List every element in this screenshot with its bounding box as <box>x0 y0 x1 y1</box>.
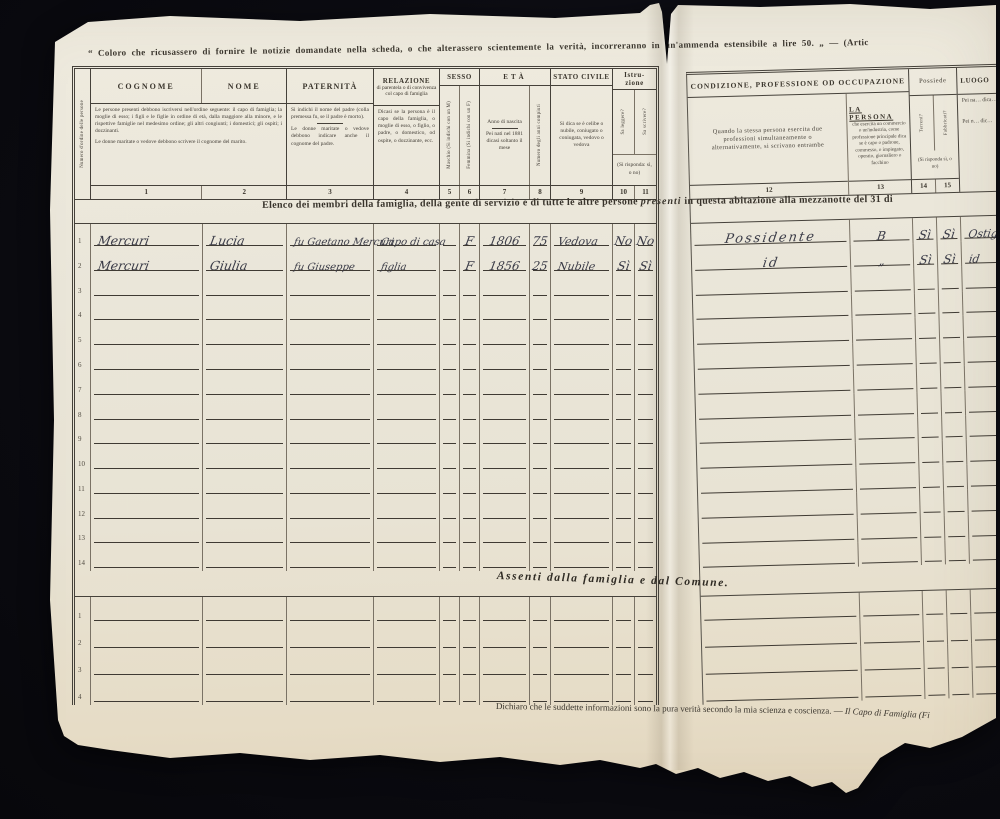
cell-relazione <box>374 274 440 299</box>
cell-fabbricati <box>938 267 963 292</box>
ruled-line <box>918 288 935 289</box>
cell-scrive <box>635 522 656 547</box>
ruled-line <box>290 394 370 395</box>
assenti-grid-left: 1234 <box>75 596 656 705</box>
luogo-title: LUOGO <box>960 76 989 85</box>
ruled-line <box>638 468 653 469</box>
cell-luogo <box>963 290 1000 316</box>
cell-fabbricati <box>944 490 969 515</box>
ruled-line <box>377 701 436 702</box>
cell-fabbricati <box>948 644 973 672</box>
row-number: 14 <box>78 559 85 567</box>
cell-relazione <box>374 597 440 624</box>
ruled-line <box>94 647 199 648</box>
cell-persona <box>856 441 920 467</box>
ruled-line <box>616 468 631 469</box>
ruled-line <box>950 613 967 614</box>
ruled-line <box>443 493 456 494</box>
ruled-line <box>638 394 653 395</box>
cell-scrive <box>635 497 656 522</box>
ruled-line <box>206 369 283 370</box>
ruled-line <box>944 362 961 363</box>
cell-persona <box>852 293 916 319</box>
ruled-line <box>443 419 456 420</box>
ruled-line <box>463 419 476 420</box>
handwritten-persona: B <box>849 228 913 244</box>
cell-legge <box>613 323 635 348</box>
ruled-line <box>554 369 609 370</box>
ruled-line <box>290 647 370 648</box>
ruled-line <box>952 667 969 668</box>
cell-persona <box>851 268 915 294</box>
ruled-line <box>554 567 609 568</box>
table-header-right: CONDIZIONE, PROFESSIONE OD OCCUPAZIONE Q… <box>687 67 1000 200</box>
table-row: 2 <box>75 624 656 651</box>
eta-title: ETÀ <box>503 73 526 81</box>
ruled-line <box>463 518 476 519</box>
handwritten-anni: 75 <box>529 234 551 248</box>
header-sesso: SESSO Maschio (Si indichi con un M) Femm… <box>440 69 480 199</box>
cell-terreni <box>918 416 943 441</box>
cell-paternita <box>287 651 374 678</box>
cell-sesso_f <box>460 274 480 299</box>
ruled-line <box>970 460 1000 462</box>
luogo-note2: Pei n… dic… <box>962 118 995 126</box>
cell-legge <box>613 522 635 547</box>
ruled-line <box>970 435 1000 437</box>
cell-paternita <box>287 678 374 705</box>
ruled-line <box>533 394 547 395</box>
handwritten-sesso_f: F <box>459 234 480 248</box>
ruled-line <box>377 369 436 370</box>
cell-sesso_m <box>440 678 460 705</box>
ruled-line <box>952 694 969 695</box>
ruled-line <box>443 319 456 320</box>
row-number: 6 <box>78 361 82 369</box>
cell-num: 2 <box>75 624 91 651</box>
ruled-line <box>463 295 476 296</box>
ruled-line <box>463 394 476 395</box>
cell-stato <box>551 597 613 624</box>
cell-terreni <box>925 671 950 699</box>
ruled-line <box>920 387 937 388</box>
cell-luogo: Ostig <box>961 216 1000 242</box>
colnum-2: 2 <box>202 186 286 199</box>
ruled-line <box>206 419 283 420</box>
ruled-line <box>206 493 283 494</box>
cell-anno <box>480 323 530 348</box>
cell-sesso_m <box>440 546 460 571</box>
ruled-line <box>463 344 476 345</box>
ruled-line <box>443 701 456 702</box>
cell-paternita <box>287 522 374 547</box>
ruled-line <box>443 647 456 648</box>
cell-sesso_m <box>440 447 460 472</box>
cell-legge <box>613 497 635 522</box>
ruled-line <box>483 443 526 444</box>
cell-anni <box>530 597 551 624</box>
ruled-line <box>949 560 966 561</box>
cell-legge <box>613 624 635 651</box>
cell-paternita <box>287 546 374 571</box>
header-numero: Numero d'ordine delle persone <box>75 69 91 199</box>
cell-cognome <box>91 678 203 705</box>
cell-professione <box>699 542 859 571</box>
nome-title: NOME <box>228 82 261 91</box>
cell-relazione <box>374 472 440 497</box>
cell-legge <box>613 678 635 705</box>
cell-num: 11 <box>75 472 91 497</box>
cell-sesso_m <box>440 323 460 348</box>
cell-scrive <box>635 373 656 398</box>
cell-luogo <box>969 513 1000 539</box>
handwritten-cognome: Mercuri <box>90 233 204 248</box>
cell-luogo <box>971 589 1000 617</box>
cell-nome <box>203 447 287 472</box>
row-number: 11 <box>78 485 85 493</box>
table-row: 13 <box>75 522 656 547</box>
ruled-line <box>443 394 456 395</box>
ruled-line <box>443 674 456 675</box>
luogo-note1: Pei na… dica… <box>962 97 995 105</box>
cell-luogo <box>971 616 1000 644</box>
handwritten-legge: No <box>612 234 635 248</box>
colnum-1: 1 <box>91 186 202 199</box>
paternita-note2: Le donne maritate o vedove debbono indic… <box>291 126 369 147</box>
ruled-line <box>206 647 283 648</box>
cell-anni <box>530 546 551 571</box>
cell-terreni <box>919 441 944 466</box>
ruled-line <box>290 295 370 296</box>
cell-persona <box>860 618 924 647</box>
cell-scrive <box>635 348 656 373</box>
table-row: 6 <box>75 348 656 373</box>
ruled-line <box>920 363 937 364</box>
cell-anni <box>530 447 551 472</box>
row-number: 12 <box>78 510 85 518</box>
ruled-line <box>483 468 526 469</box>
cell-cognome <box>91 348 203 373</box>
handwritten-anno: 1806 <box>479 234 530 248</box>
cell-nome <box>203 398 287 423</box>
ruled-line <box>290 674 370 675</box>
ruled-line <box>616 369 631 370</box>
cell-fabbricati <box>945 539 970 564</box>
cell-sesso_m <box>440 373 460 398</box>
ruled-line <box>948 511 965 512</box>
ruled-line <box>483 419 526 420</box>
cell-cognome <box>91 546 203 571</box>
ruled-line <box>706 697 858 702</box>
ruled-line <box>946 436 963 437</box>
ruled-line <box>533 443 547 444</box>
ruled-line <box>94 468 199 469</box>
handwritten-scrive: No <box>634 234 657 248</box>
relazione-sub: di parentela o di convivenza col capo di… <box>376 85 437 98</box>
ruled-line <box>94 394 199 395</box>
cell-anni <box>530 522 551 547</box>
ruled-line <box>554 493 609 494</box>
ruled-line <box>973 559 1000 561</box>
sa-leggere-label: Sa leggere? <box>621 109 626 135</box>
ruled-line <box>290 542 370 543</box>
cell-paternita: fu Giuseppe <box>287 249 374 274</box>
ruled-line <box>290 344 370 345</box>
cell-sesso_m <box>440 651 460 678</box>
cell-anno <box>480 546 530 571</box>
cell-cognome <box>91 522 203 547</box>
ruled-line <box>483 394 526 395</box>
ruled-line <box>533 620 547 621</box>
header-relazione: RELAZIONE di parentela o di convivenza c… <box>374 69 440 199</box>
cell-cognome: Mercuri <box>91 249 203 274</box>
ruled-line <box>290 419 370 420</box>
cell-stato <box>551 373 613 398</box>
table-row: 1MercuriLuciafu Gaetano MercuriCapo di c… <box>75 224 656 249</box>
paper-wrap: “ Coloro che ricusassero di fornire le n… <box>0 0 1000 819</box>
ruled-line <box>919 338 936 339</box>
cell-cognome <box>91 497 203 522</box>
cell-fabbricati <box>939 316 964 341</box>
cell-anni: 25 <box>530 249 551 274</box>
ruled-line <box>942 312 959 313</box>
cell-num: 5 <box>75 323 91 348</box>
ruled-line <box>918 313 935 314</box>
numero-label: Numero d'ordine delle persone <box>80 100 85 168</box>
cell-persona <box>856 466 920 492</box>
header-eta: ETÀ Anno di nascita Pei nati nel 1881 di… <box>480 69 551 199</box>
row-number: 1 <box>78 237 82 245</box>
cell-cognome <box>91 597 203 624</box>
cell-nome <box>203 323 287 348</box>
cell-stato <box>551 472 613 497</box>
terreni-label: Terreni? <box>919 114 925 132</box>
header-stato-civile: STATO CIVILE Si dica se è celibe o nubil… <box>551 69 613 199</box>
table-row: 12 <box>75 497 656 522</box>
ruled-line <box>968 386 1000 388</box>
cell-terreni <box>924 644 949 672</box>
cell-anni <box>530 497 551 522</box>
cell-relazione <box>374 651 440 678</box>
colnum-6: 6 <box>460 186 479 199</box>
cell-anno <box>480 299 530 324</box>
cell-scrive <box>635 651 656 678</box>
cell-num: 2 <box>75 249 91 274</box>
ruled-line <box>206 344 283 345</box>
ruled-line <box>443 542 456 543</box>
ruled-line <box>377 443 436 444</box>
cell-nome <box>203 299 287 324</box>
ruled-line <box>463 493 476 494</box>
cell-num: 7 <box>75 373 91 398</box>
possiede-title: Possiede <box>919 77 947 85</box>
ruled-line <box>206 443 283 444</box>
cell-terreni <box>915 292 940 317</box>
ruled-line <box>533 647 547 648</box>
cell-anno <box>480 398 530 423</box>
cell-luogo <box>966 414 1000 440</box>
row-number: 1 <box>78 612 82 620</box>
ruled-line <box>638 674 653 675</box>
ruled-line <box>483 620 526 621</box>
handwritten-fabbricati: Sì <box>936 227 961 242</box>
cell-persona <box>854 367 918 393</box>
handwritten-paternita: fu Giuseppe <box>286 262 374 273</box>
ruled-line <box>921 412 938 413</box>
cell-relazione <box>374 546 440 571</box>
ruled-line <box>94 344 199 345</box>
cell-luogo <box>967 464 1000 490</box>
cell-cognome <box>91 472 203 497</box>
ruled-line <box>463 567 476 568</box>
cell-relazione <box>374 323 440 348</box>
cell-sesso_f <box>460 423 480 448</box>
ruled-line <box>290 620 370 621</box>
ruled-line <box>290 369 370 370</box>
cell-sesso_f <box>460 398 480 423</box>
ruled-line <box>616 674 631 675</box>
cell-anni <box>530 423 551 448</box>
cell-paternita <box>287 423 374 448</box>
cell-stato: Vedova <box>551 224 613 249</box>
ruled-line <box>290 567 370 568</box>
ruled-line <box>94 542 199 543</box>
ruled-line <box>554 518 609 519</box>
ruled-line <box>554 468 609 469</box>
cell-anno <box>480 472 530 497</box>
cell-relazione <box>374 423 440 448</box>
cell-persona <box>858 516 922 542</box>
cell-relazione <box>374 299 440 324</box>
ruled-line <box>943 337 960 338</box>
ruled-line <box>865 695 921 697</box>
ruled-line <box>463 443 476 444</box>
cell-sesso_m <box>440 472 460 497</box>
cell-sesso_f: F <box>460 249 480 274</box>
cell-persona <box>854 392 918 418</box>
handwritten-cognome: Mercuri <box>90 258 204 273</box>
cell-stato <box>551 651 613 678</box>
cell-anni <box>530 348 551 373</box>
cell-paternita <box>287 398 374 423</box>
cell-sesso_f <box>460 678 480 705</box>
cell-terreni: Sì <box>914 243 939 268</box>
penalty-notice: “ Coloro che ricusassero di fornire le n… <box>88 35 1000 58</box>
ruled-line <box>483 542 526 543</box>
ruled-line <box>94 674 199 675</box>
ruled-line <box>206 674 283 675</box>
ruled-line <box>638 542 653 543</box>
cell-anno: 1856 <box>480 249 530 274</box>
cell-legge <box>613 597 635 624</box>
ruled-line <box>862 561 918 563</box>
cell-paternita <box>287 323 374 348</box>
handwritten-relazione: Capo di casa <box>373 237 440 248</box>
ruled-line <box>638 344 653 345</box>
cell-paternita <box>287 373 374 398</box>
cell-legge <box>613 373 635 398</box>
row-number: 4 <box>78 693 82 701</box>
cell-nome: Giulia <box>203 249 287 274</box>
cell-nome <box>203 472 287 497</box>
ruled-line <box>483 493 526 494</box>
cell-professione <box>701 620 861 651</box>
ruled-line <box>290 468 370 469</box>
ruled-line <box>206 620 283 621</box>
ruled-line <box>976 693 1000 695</box>
cell-nome <box>203 274 287 299</box>
cell-terreni <box>916 342 941 367</box>
assenti-grid-right <box>701 588 1000 705</box>
cell-anno <box>480 274 530 299</box>
cell-legge: No <box>613 224 635 249</box>
cell-num: 14 <box>75 546 91 571</box>
cell-sesso_m <box>440 249 460 274</box>
cell-terreni <box>921 515 946 540</box>
colnum-13: 13 <box>849 180 912 195</box>
ruled-line <box>533 567 547 568</box>
ruled-line <box>616 319 631 320</box>
ruled-line <box>94 419 199 420</box>
ruled-line <box>290 319 370 320</box>
ruled-line <box>638 567 653 568</box>
cell-anno <box>480 624 530 651</box>
cell-terreni <box>914 267 939 292</box>
ruled-line <box>616 443 631 444</box>
cell-sesso_f <box>460 651 480 678</box>
ruled-line <box>443 344 456 345</box>
sa-scrivere-label: Sa scrivere? <box>643 108 648 135</box>
cell-luogo <box>962 266 1000 292</box>
table-row: 7 <box>75 373 656 398</box>
row-number: 4 <box>78 311 82 319</box>
ruled-line <box>554 295 609 296</box>
table-row: 5 <box>75 323 656 348</box>
ruled-line <box>638 443 653 444</box>
cell-anni <box>530 472 551 497</box>
ruled-line <box>533 319 547 320</box>
cell-relazione <box>374 398 440 423</box>
cell-terreni <box>917 366 942 391</box>
cell-relazione <box>374 678 440 705</box>
cell-sesso_f <box>460 348 480 373</box>
cell-fabbricati <box>940 341 965 366</box>
cell-fabbricati <box>947 617 972 645</box>
cell-terreni <box>920 490 945 515</box>
row-number: 10 <box>78 460 85 468</box>
table-row: 3 <box>75 274 656 299</box>
ruled-line <box>443 295 456 296</box>
scanned-census-form: “ Coloro che ricusassero di fornire le n… <box>0 0 1000 819</box>
ruled-line <box>922 437 939 438</box>
handwritten-terreni: Sì <box>912 228 937 243</box>
cell-nome <box>203 522 287 547</box>
ruled-line <box>94 493 199 494</box>
cell-anno <box>480 423 530 448</box>
cell-fabbricati: Sì <box>938 242 963 267</box>
ruled-line <box>616 419 631 420</box>
ruled-line <box>206 542 283 543</box>
ruled-line <box>864 641 920 643</box>
cell-luogo <box>973 670 1000 698</box>
cell-num: 1 <box>75 224 91 249</box>
row-number: 5 <box>78 336 82 344</box>
ruled-line <box>483 674 526 675</box>
ruled-line <box>554 443 609 444</box>
row-number: 2 <box>78 639 82 647</box>
cell-anni <box>530 624 551 651</box>
cell-sesso_m <box>440 274 460 299</box>
